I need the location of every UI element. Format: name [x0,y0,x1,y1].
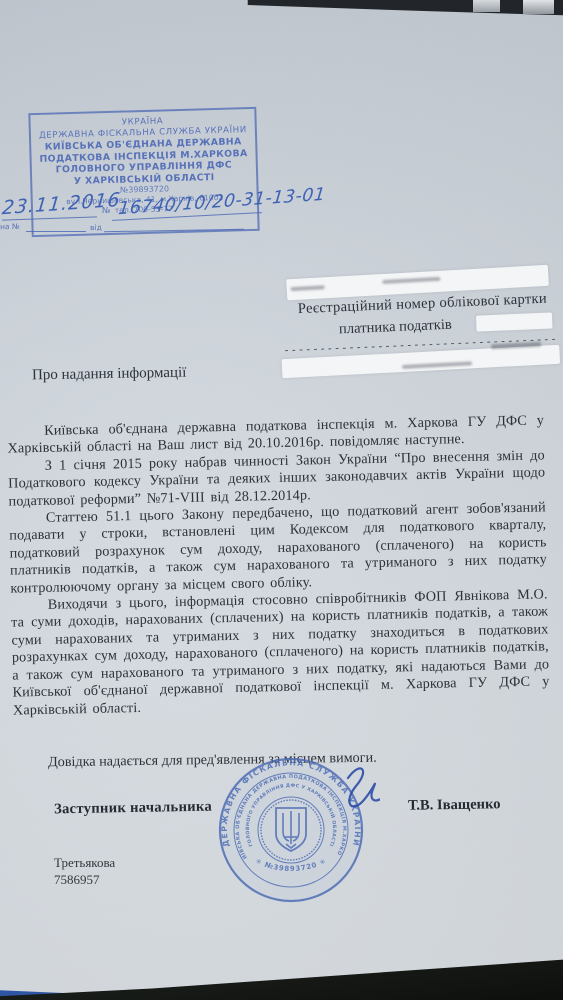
redaction-smudge [402,361,472,369]
official-round-seal: ДЕРЖАВНА ФІСКАЛЬНА СЛУЖБА УКРАЇНИ КИЇВСЬ… [204,746,380,922]
background-object [523,0,554,14]
vid-label: від [90,223,102,232]
signer-name: Т.В. Іващенко [408,796,501,815]
body-paragraph: Статтею 51.1 цього Закону передбачено, щ… [9,499,548,597]
seal-graphic: ДЕРЖАВНА ФІСКАЛЬНА СЛУЖБА УКРАЇНИ КИЇВСЬ… [204,746,380,922]
desk-edge-bottom [0,952,563,1000]
na-number-label: на № [0,222,20,232]
letter-body: Київська об'єднана державна податкова ін… [7,412,550,719]
document-photo: УКРАЇНА ДЕРЖАВНА ФІСКАЛЬНА СЛУЖБА УКРАЇН… [0,0,563,1000]
underline [26,231,86,232]
redaction-patch [476,312,553,331]
number-sign: № [102,206,110,215]
redaction-smudge [291,285,325,291]
registration-number-block: Реєстраційний номер облікової картки пла… [278,264,560,276]
executor-name: Третьякова [54,855,115,871]
signer-position: Заступник начальника [54,799,212,819]
subject-line: Про надання інформації [32,365,187,385]
redaction-smudge [382,277,440,284]
body-paragraph: Виходячи з цього, інформація стосовно сп… [11,586,550,719]
background-object [473,0,500,12]
executor-phone: 7586957 [54,872,100,888]
